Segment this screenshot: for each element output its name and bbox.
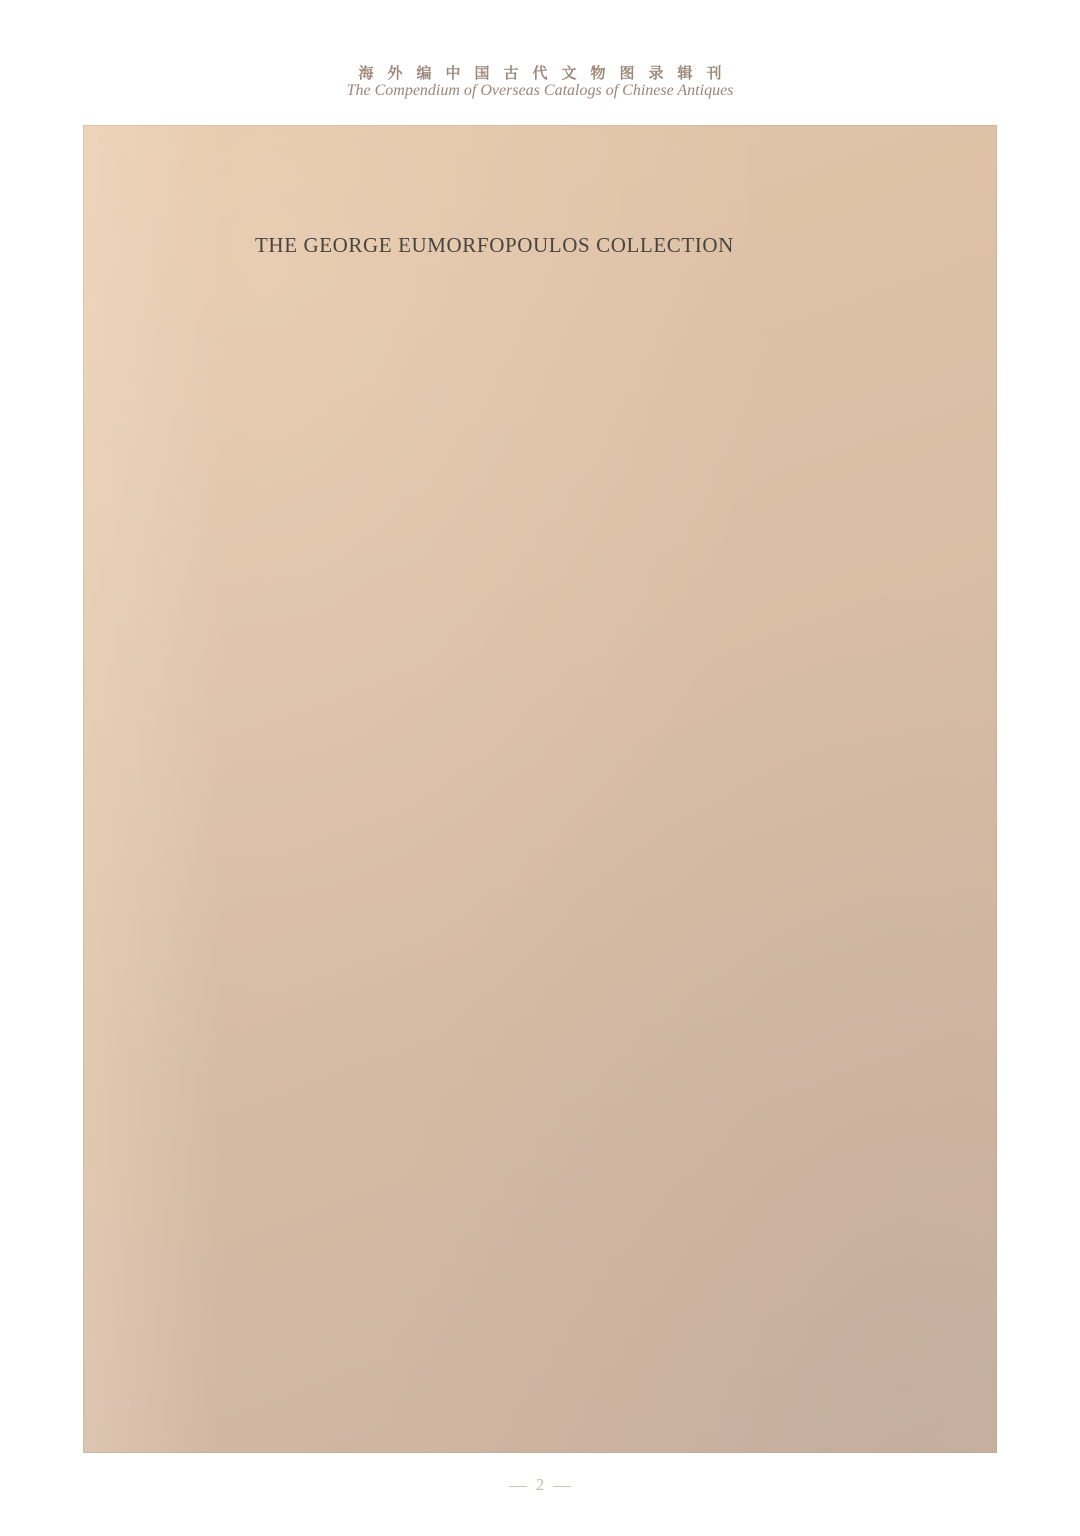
dash-left	[509, 1486, 527, 1487]
scanned-page: THE GEORGE EUMORFOPOULOS COLLECTION	[83, 125, 997, 1453]
page-number: 2	[536, 1475, 545, 1494]
series-title-chinese: 海外编中国古代文物图录辑刊	[0, 62, 1080, 84]
collection-title: THE GEORGE EUMORFOPOULOS COLLECTION	[255, 233, 734, 258]
dash-right	[553, 1486, 571, 1487]
series-title-english: The Compendium of Overseas Catalogs of C…	[0, 82, 1080, 100]
page-number-footer: 2	[0, 1475, 1080, 1495]
series-header: 海外编中国古代文物图录辑刊 The Compendium of Overseas…	[0, 62, 1080, 100]
